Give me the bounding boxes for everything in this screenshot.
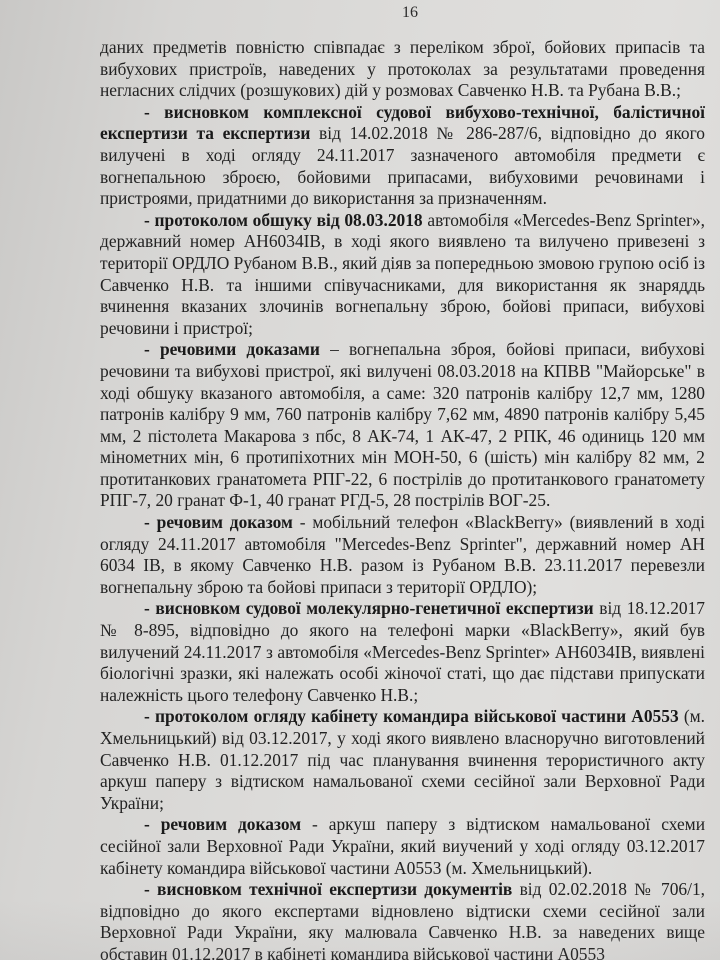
document-body: даних предметів повністю співпадає з пер… [100,37,705,960]
page-number: 16 [0,4,720,22]
paragraph-document-expertise: - висновком технічної експертизи докумен… [100,879,705,960]
paragraph-lead: - речовим доказом [144,512,293,532]
paragraph-continuation: даних предметів повністю співпадає з пер… [100,37,705,102]
paragraph-paper-evidence: - речовим доказом - аркуш паперу з відти… [100,814,705,879]
paragraph-search-protocol: - протоколом обшуку від 08.03.2018 автом… [100,210,705,340]
paragraph-lead: - речовими доказами [144,339,320,359]
paragraph-dna-expertise: - висновком судової молекулярно-генетичн… [100,598,705,706]
paragraph-phone-evidence: - речовим доказом - мобільний телефон «B… [100,512,705,598]
paragraph-lead: - протоколом обшуку від 08.03.2018 [144,210,423,230]
document-page: 16 даних предметів повністю співпадає з … [0,0,720,960]
paragraph-lead: - висновком технічної експертизи докумен… [144,879,512,899]
paragraph-text: даних предметів повністю співпадає з пер… [100,37,705,100]
paragraph-office-inspection: - протоколом огляду кабінету командира в… [100,706,705,814]
paragraph-lead: - висновком судової молекулярно-генетичн… [144,598,594,618]
paragraph-ballistic-expertise: - висновком комплексної судової вибухово… [100,102,705,210]
paragraph-lead: - протоколом огляду кабінету командира в… [144,706,679,726]
paragraph-physical-evidence: - речовими доказами – вогнепальна зброя,… [100,339,705,512]
paragraph-lead: - речовим доказом [144,814,301,834]
paragraph-text: – вогнепальна зброя, бойові припаси, виб… [100,339,705,510]
